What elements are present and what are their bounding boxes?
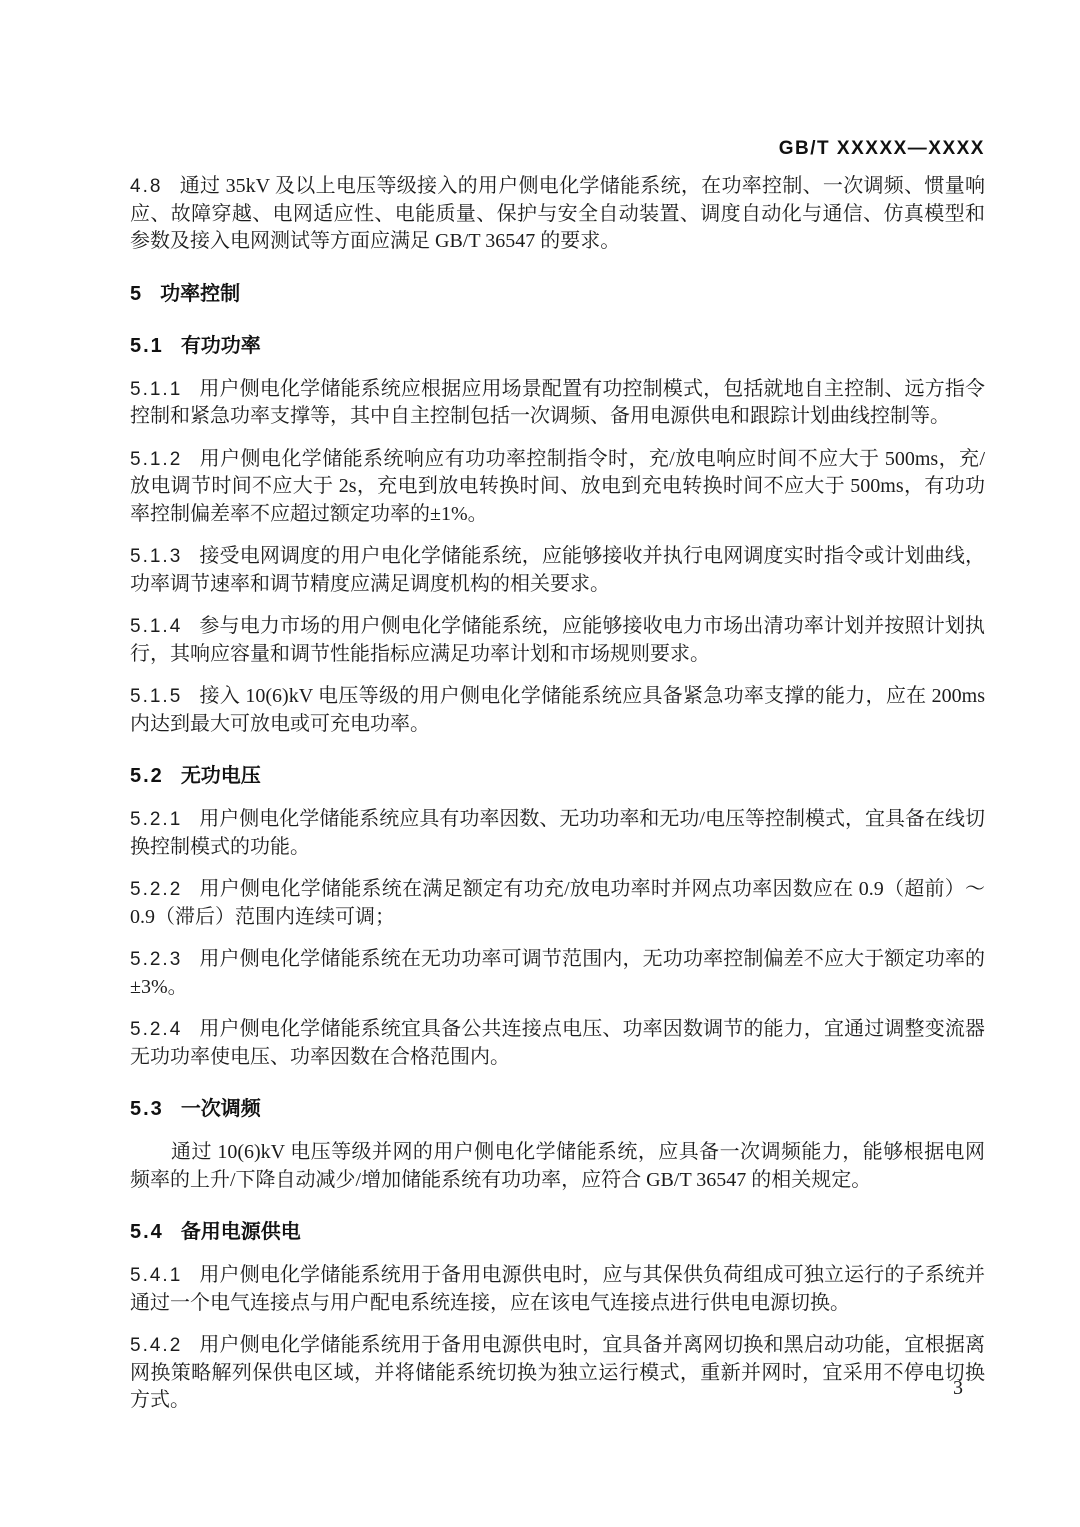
clause-text: 用户侧电化学储能系统用于备用电源供电时，宜具备并离网切换和黑启动功能，宜根据离网… — [130, 1334, 985, 1411]
clause-number: 5.1.5 — [130, 686, 182, 707]
clause-text: 接入 10(6)kV 电压等级的用户侧电化学储能系统应具备紧急功率支撑的能力，应… — [130, 685, 985, 735]
clause-text: 通过 35kV 及以上电压等级接入的用户侧电化学储能系统，在功率控制、一次调频、… — [130, 175, 985, 252]
clause-number: 5.1.1 — [130, 379, 182, 400]
clause-text: 参与电力市场的用户侧电化学储能系统，应能够接收电力市场出清功率计划并按照计划执行… — [130, 615, 985, 665]
clause-paragraph: 5.2.1用户侧电化学储能系统应具有功率因数、无功功率和无功/电压等控制模式，宜… — [130, 806, 985, 861]
heading-number: 5.2 — [130, 765, 164, 787]
clause-number: 5.1.4 — [130, 616, 182, 637]
clause-number: 5.1.3 — [130, 546, 182, 567]
heading-number: 5.3 — [130, 1098, 164, 1120]
clause-number: 5.2.4 — [130, 1019, 182, 1040]
document-body: 4.8通过 35kV 及以上电压等级接入的用户侧电化学储能系统，在功率控制、一次… — [130, 173, 985, 1415]
heading-text: 备用电源供电 — [181, 1221, 301, 1243]
clause-paragraph: 5.2.4用户侧电化学储能系统宜具备公共连接点电压、功率因数调节的能力，宜通过调… — [130, 1016, 985, 1071]
clause-paragraph: 5.1.1用户侧电化学储能系统应根据应用场景配置有功控制模式，包括就地自主控制、… — [130, 376, 985, 431]
clause-paragraph: 5.2.2用户侧电化学储能系统在满足额定有功充/放电功率时并网点功率因数应在 0… — [130, 876, 985, 931]
heading-number: 5.4 — [130, 1221, 164, 1243]
section-heading: 5.1有功功率 — [130, 333, 985, 360]
heading-text: 一次调频 — [181, 1098, 261, 1120]
heading-text: 有功功率 — [181, 335, 261, 357]
clause-number: 5.1.2 — [130, 449, 182, 470]
clause-text: 用户侧电化学储能系统宜具备公共连接点电压、功率因数调节的能力，宜通过调整变流器无… — [130, 1018, 985, 1068]
body-paragraph: 通过 10(6)kV 电压等级并网的用户侧电化学储能系统，应具备一次调频能力，能… — [130, 1139, 985, 1194]
clause-paragraph: 5.1.3接受电网调度的用户电化学储能系统，应能够接收并执行电网调度实时指令或计… — [130, 543, 985, 598]
clause-paragraph: 5.4.1用户侧电化学储能系统用于备用电源供电时，应与其保供负荷组成可独立运行的… — [130, 1262, 985, 1317]
clause-number: 5.4.2 — [130, 1335, 182, 1356]
section-heading: 5.3一次调频 — [130, 1096, 985, 1123]
clause-number: 5.4.1 — [130, 1265, 182, 1286]
clause-text: 用户侧电化学储能系统在无功功率可调节范围内，无功功率控制偏差不应大于额定功率的±… — [130, 948, 985, 998]
clause-paragraph: 5.2.3用户侧电化学储能系统在无功功率可调节范围内，无功功率控制偏差不应大于额… — [130, 946, 985, 1001]
clause-number: 5.2.3 — [130, 949, 182, 970]
clause-paragraph: 5.1.2用户侧电化学储能系统响应有功功率控制指令时，充/放电响应时间不应大于 … — [130, 446, 985, 529]
clause-text: 用户侧电化学储能系统在满足额定有功充/放电功率时并网点功率因数应在 0.9（超前… — [130, 878, 985, 928]
clause-paragraph: 5.1.4参与电力市场的用户侧电化学储能系统，应能够接收电力市场出清功率计划并按… — [130, 613, 985, 668]
clause-text: 接受电网调度的用户电化学储能系统，应能够接收并执行电网调度实时指令或计划曲线，功… — [130, 545, 985, 595]
clause-text: 用户侧电化学储能系统应根据应用场景配置有功控制模式，包括就地自主控制、远方指令控… — [130, 378, 985, 428]
heading-number: 5 — [130, 283, 143, 305]
document-page: GB/T XXXXX—XXXX 4.8通过 35kV 及以上电压等级接入的用户侧… — [0, 0, 1080, 1527]
clause-text: 用户侧电化学储能系统响应有功功率控制指令时，充/放电响应时间不应大于 500ms… — [130, 448, 985, 525]
clause-text: 用户侧电化学储能系统应具有功率因数、无功功率和无功/电压等控制模式，宜具备在线切… — [130, 808, 985, 858]
heading-text: 功率控制 — [160, 283, 240, 305]
page-number: 3 — [953, 1377, 963, 1400]
clause-paragraph: 5.4.2用户侧电化学储能系统用于备用电源供电时，宜具备并离网切换和黑启动功能，… — [130, 1332, 985, 1415]
section-heading: 5.4备用电源供电 — [130, 1219, 985, 1246]
clause-number: 5.2.2 — [130, 879, 182, 900]
section-heading: 5功率控制 — [130, 281, 985, 308]
section-heading: 5.2无功电压 — [130, 763, 985, 790]
heading-number: 5.1 — [130, 335, 164, 357]
standard-code-header: GB/T XXXXX—XXXX — [130, 137, 985, 161]
heading-text: 无功电压 — [181, 765, 261, 787]
clause-text: 用户侧电化学储能系统用于备用电源供电时，应与其保供负荷组成可独立运行的子系统并通… — [130, 1264, 985, 1314]
clause-number: 5.2.1 — [130, 809, 182, 830]
clause-number: 4.8 — [130, 176, 162, 197]
clause-paragraph: 5.1.5接入 10(6)kV 电压等级的用户侧电化学储能系统应具备紧急功率支撑… — [130, 683, 985, 738]
clause-paragraph: 4.8通过 35kV 及以上电压等级接入的用户侧电化学储能系统，在功率控制、一次… — [130, 173, 985, 256]
